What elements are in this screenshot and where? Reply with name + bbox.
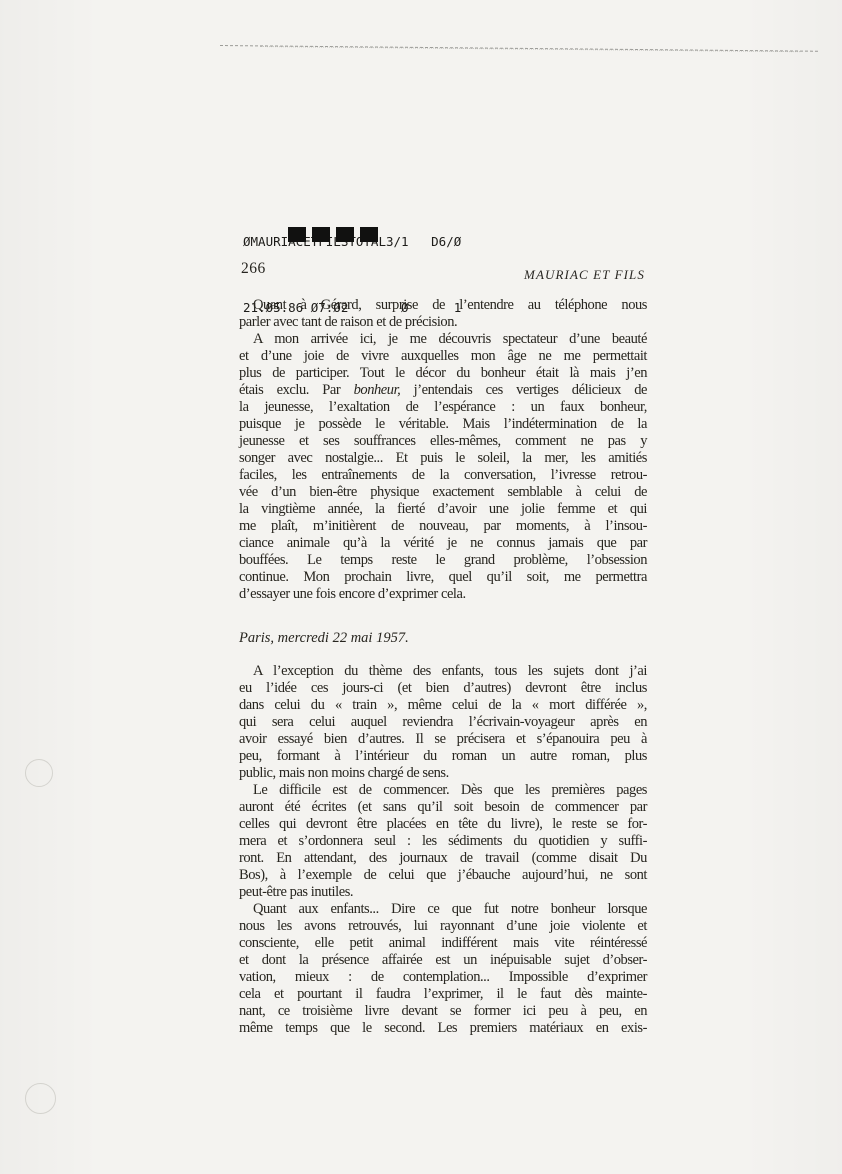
running-head: MAURIAC ET FILS (524, 267, 645, 283)
text-line: qui sera celui auquel reviendra l’écriva… (239, 714, 647, 731)
registration-mark (312, 227, 330, 242)
text-fragment: étais exclu. Par (239, 382, 354, 398)
text-line: cela et pourtant il faudra l’exprimer, i… (239, 986, 647, 1003)
text-line: faciles, les entraînements de la convers… (239, 467, 647, 484)
text-line: auront été écrites (et sans qu’il soit b… (239, 799, 647, 816)
text-line: étais exclu. Par bonheur, j’entendais ce… (239, 382, 647, 399)
text-line: la jeunesse, l’exaltation de l’espérance… (239, 399, 647, 416)
text-line: peu, formant à l’intérieur du roman un a… (239, 748, 647, 765)
paragraph: Quant à Gérard, surprise de l’entendre a… (239, 297, 647, 331)
paragraph: A l’exception du thème des enfants, tous… (239, 663, 647, 782)
text-line: A l’exception du thème des enfants, tous… (239, 663, 647, 680)
text-fragment: j’entendais ces vertiges délicieux de (400, 382, 647, 398)
text-line: jeunesse et ses souffrances elles-mêmes,… (239, 433, 647, 450)
text-line: dans celui du « train », même celui de l… (239, 697, 647, 714)
text-line: plus de participer. Tout le décor du bon… (239, 365, 647, 382)
text-line: celles qui devront être placées en tête … (239, 816, 647, 833)
paragraph: Quant aux enfants... Dire ce que fut not… (239, 901, 647, 1037)
scan-artifact-circle (25, 1083, 56, 1114)
text-line: eu l’idée ces jours-ci (et bien d’autres… (239, 680, 647, 697)
text-line: songer avec nostalgie... Et puis le sole… (239, 450, 647, 467)
text-line: Le difficile est de commencer. Dès que l… (239, 782, 647, 799)
text-line: et dont la présence affairée est un inép… (239, 952, 647, 969)
text-line: Quant à Gérard, surprise de l’entendre a… (239, 297, 647, 314)
text-line: Paris, mercredi 22 mai 1957. (239, 630, 647, 647)
text-line: Bos), à l’exemple de celui que j’ébauche… (239, 867, 647, 884)
text-line: ront. En attendant, des journaux de trav… (239, 850, 647, 867)
text-line: d’essayer une fois encore d’exprimer cel… (239, 586, 647, 603)
text-line: mera et s’ordonnera seul : les sédiments… (239, 833, 647, 850)
paragraph: Le difficile est de commencer. Dès que l… (239, 782, 647, 901)
scan-artifact-circle (25, 759, 53, 787)
text-line: me plaît, m’initièrent de nouveau, par m… (239, 518, 647, 535)
registration-mark (360, 227, 378, 242)
registration-mark (288, 227, 306, 242)
text-line: puisque je possède le véritable. Mais l’… (239, 416, 647, 433)
text-line: nant, ce troisième livre devant se forme… (239, 1003, 647, 1020)
text-line: bouffées. Le temps reste le grand problè… (239, 552, 647, 569)
paragraph: A mon arrivée ici, je me découvris spect… (239, 331, 647, 603)
text-line: et d’une joie de vivre auxquelles mon âg… (239, 348, 647, 365)
text-line: la vingtième année, la fierté d’avoir un… (239, 501, 647, 518)
registration-mark (336, 227, 354, 242)
text-line: peut-être pas inutiles. (239, 884, 647, 901)
text-line: vée d’un bien-être physique exactement s… (239, 484, 647, 501)
text-line: vation, mieux : de contemplation... Impo… (239, 969, 647, 986)
text-line: continue. Mon prochain livre, quel qu’il… (239, 569, 647, 586)
body-text: Quant à Gérard, surprise de l’entendre a… (239, 297, 647, 1037)
text-line: A mon arrivée ici, je me découvris spect… (239, 331, 647, 348)
text-line: public, mais non moins chargé de sens. (239, 765, 647, 782)
text-line: parler avec tant de raison et de précisi… (239, 314, 647, 331)
text-line: même temps que le second. Les premiers m… (239, 1020, 647, 1037)
text-line: Quant aux enfants... Dire ce que fut not… (239, 901, 647, 918)
italic-word: bonheur, (354, 382, 401, 398)
registration-marks (288, 227, 378, 242)
text-line: nous les avons retrouvés, lui rayonnant … (239, 918, 647, 935)
text-line: avoir essayé bien d’autres. Il se précis… (239, 731, 647, 748)
text-line: consciente, elle petit animal indifféren… (239, 935, 647, 952)
text-line: ciance animale qu’à la vérité je ne conn… (239, 535, 647, 552)
scanned-page: ØMAURIACETFILSTOTAL3/1 D6/Ø 21.Ø5.86 Ø7:… (0, 0, 842, 1174)
page-number: 266 (241, 260, 266, 278)
date-line: Paris, mercredi 22 mai 1957. (239, 630, 647, 647)
